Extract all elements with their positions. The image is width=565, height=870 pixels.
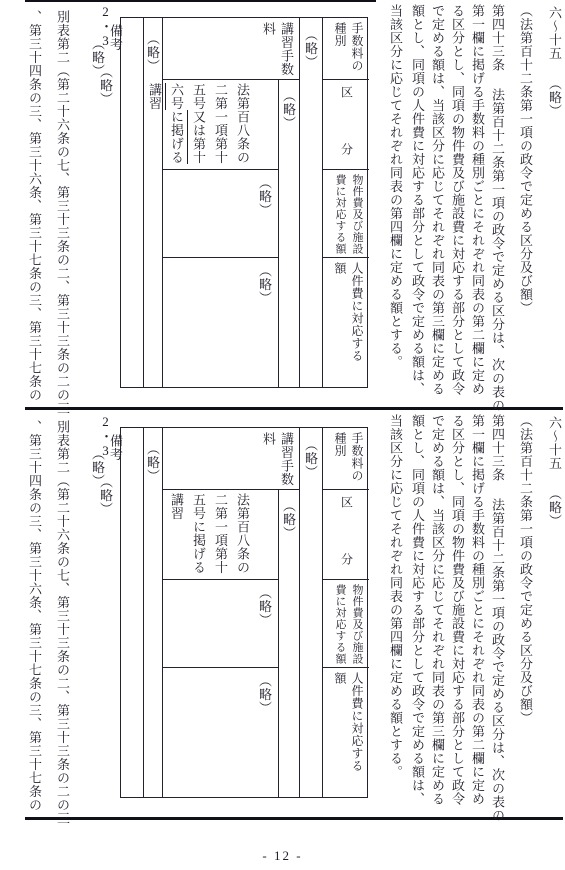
remarks-items-note: 2・3 （略） [96, 414, 115, 516]
article-text-line-6: 当該区分に応じてそれぞれ同表の第四欄に定める額とする。 [386, 4, 405, 369]
article-column-1: 第四十三条 法第百十二条第一項の政令で定める区分は、次の表の [488, 414, 507, 822]
article-number: 第四十三条 [490, 4, 505, 72]
appendix-ref-line-1: 別表第二（第二十六条の七、第三十三条の二、第三十三条の二の三 [53, 10, 72, 415]
personnel-amount-cell: （略） [163, 258, 278, 388]
panel-amended: 六～十五 （略） （法第百十二条第一項の政令で定める区分及び額） 第四十三条 法… [0, 0, 565, 408]
fee-table: 手数料の 種別 区 分 物件費及び施設 費に対応する額 人件費に対応する 額 （… [120, 427, 368, 798]
material-amount-cell: （略） [163, 580, 278, 668]
header-fee-type: 手数料の 種別 [323, 18, 369, 80]
personnel-amount-cell: （略） [163, 668, 278, 798]
article-text-line-4: で定める額は、当該区分に応じてそれぞれ同表の第三欄に定める [428, 4, 447, 396]
header-personnel-cost: 人件費に対応する 額 [323, 668, 369, 798]
remarks-items-note: 2・3 （略） [96, 4, 115, 106]
omitted-rows-band-after: （略） [144, 18, 163, 387]
header-category: 区 分 [323, 490, 369, 580]
omitted-subrows-band: （略） [278, 490, 299, 798]
omitted-rows-band-after: （略） [144, 428, 163, 797]
section-range-heading: 六～十五 （略） [545, 416, 564, 527]
article-number: 第四十三条 [490, 414, 505, 482]
header-category-first: 区 [338, 496, 355, 509]
header-category-second: 分 [338, 553, 355, 566]
provision-title: （法第百十二条第一項の政令で定める区分及び額） [516, 4, 535, 315]
header-category-second: 分 [338, 143, 355, 156]
material-amount-cell: （略） [163, 170, 278, 258]
section-range: 六～十五 [547, 6, 562, 60]
article-text-line-5: 額とし、同項の人件費に対応する部分として政令で定める額は、 [408, 414, 427, 806]
omitted-note: （略） [545, 487, 564, 528]
article-text-line-4: で定める額は、当該区分に応じてそれぞれ同表の第三欄に定める [428, 414, 447, 806]
page-number: - 12 - [0, 848, 565, 864]
appendix-ref-line-1: 別表第二（第二十六条の七、第三十三条の二、第三十三条の二の三 [53, 420, 72, 825]
header-fee-type: 手数料の 種別 [323, 428, 369, 490]
article-text-line-1: 法第百十二条第一項の政令で定める区分は、次の表の [488, 498, 507, 822]
fee-row-label: 講習手数 料 [163, 428, 299, 490]
section-range-heading: 六～十五 （略） [545, 6, 564, 117]
header-personnel-cost: 人件費に対応する 額 [323, 258, 369, 388]
article-column-1: 第四十三条 法第百十二条第一項の政令で定める区分は、次の表の [488, 4, 507, 412]
omitted-note: （略） [545, 77, 564, 118]
appendix-ref-line-2: 、第三十四条の三、第三十六条、第三十七条の三、第三十七条の [25, 10, 44, 402]
article-text-line-1: 法第百十二条第一項の政令で定める区分は、次の表の [488, 88, 507, 412]
provision-title: （法第百十二条第一項の政令で定める区分及び額） [516, 414, 535, 725]
remarks-items-omitted: （略） [96, 475, 115, 516]
header-material-cost: 物件費及び施設 費に対応する額 [323, 170, 369, 258]
header-category-first: 区 [338, 86, 355, 99]
document-page: 六～十五 （略） （法第百十二条第一項の政令で定める区分及び額） 第四十三条 法… [0, 0, 565, 870]
category-cell: 法第百八条の 二第一項第十 五号に掲げる 講習 [163, 490, 278, 580]
remarks-cell: 備考 （略） [121, 18, 144, 387]
article-text-line-3: る区分とし、同項の物件費及び施設費に対応する部分として政令 [448, 414, 467, 806]
article-text-line-5: 額とし、同項の人件費に対応する部分として政令で定める額は、 [408, 4, 427, 396]
header-category: 区 分 [323, 80, 369, 170]
remarks-items-omitted: （略） [96, 65, 115, 106]
fee-table: 手数料の 種別 区 分 物件費及び施設 費に対応する額 人件費に対応する 額 （… [120, 17, 368, 388]
omitted-rows-band: （略） [299, 428, 323, 797]
remarks-cell: 備考 （略） [121, 428, 144, 797]
remarks-item-numbers: 2・3 [98, 414, 113, 459]
omitted-rows-band: （略） [299, 18, 323, 387]
category-cell: 法第百八条の 二第一項第十 五号又は第十 六号に掲げる 講習 [163, 80, 278, 170]
remarks-item-numbers: 2・3 [98, 4, 113, 49]
omitted-subrows-band: （略） [278, 80, 299, 388]
fee-row-label: 講習手数 料 [163, 18, 299, 80]
header-material-cost: 物件費及び施設 費に対応する額 [323, 580, 369, 668]
article-text-line-2: 第一欄に掲げる手数料の種別ごとにそれぞれ同表の第二欄に定め [468, 414, 487, 806]
article-text-line-3: る区分とし、同項の物件費及び施設費に対応する部分として政令 [448, 4, 467, 396]
article-text-line-6: 当該区分に応じてそれぞれ同表の第四欄に定める額とする。 [386, 414, 405, 779]
section-range: 六～十五 [547, 416, 562, 470]
appendix-ref-line-2: 、第三十四条の三、第三十六条、第三十七条の三、第三十七条の [25, 420, 44, 812]
panel-current: 六～十五 （略） （法第百十二条第一項の政令で定める区分及び額） 第四十三条 法… [0, 410, 565, 818]
article-text-line-2: 第一欄に掲げる手数料の種別ごとにそれぞれ同表の第二欄に定め [468, 4, 487, 396]
